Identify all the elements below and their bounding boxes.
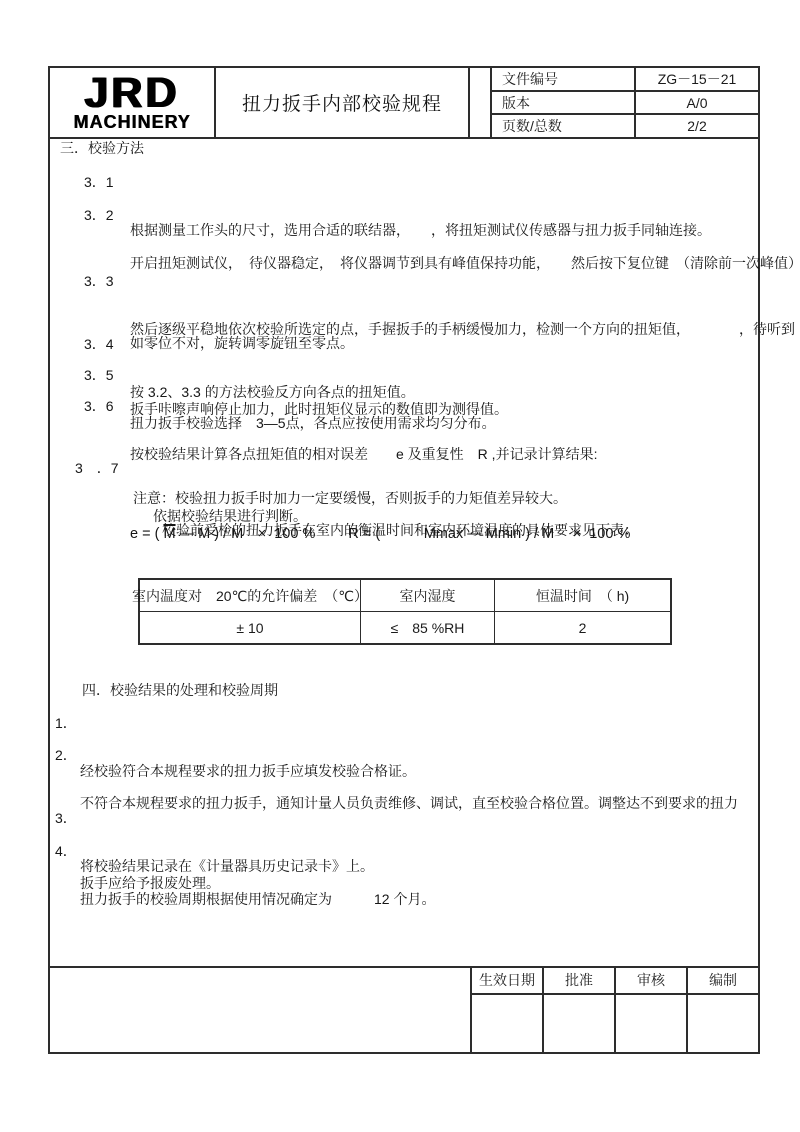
table-row: ± 10 ≤ 85 %RH 2 bbox=[140, 611, 670, 643]
clause-text: 依据校验结果进行判断。 bbox=[153, 456, 307, 576]
info-label: 版本 bbox=[492, 92, 634, 114]
header-soak-time: 恒温时间 （ h) bbox=[494, 580, 670, 611]
document-header: JRD MACHINERY 扭力扳手内部校验规程 文件编号 ZG－15－21 版… bbox=[50, 68, 758, 139]
section3-heading: 三．校验方法 bbox=[60, 136, 144, 160]
header-temperature-deviation: 室内温度对 20℃的允许偏差 （℃） bbox=[140, 580, 360, 611]
document-frame: JRD MACHINERY 扭力扳手内部校验规程 文件编号 ZG－15－21 版… bbox=[48, 66, 760, 1054]
value-temperature-deviation: ± 10 bbox=[140, 612, 360, 643]
value-soak-time: 2 bbox=[494, 612, 670, 643]
info-value: 2/2 bbox=[634, 115, 758, 137]
header-humidity: 室内湿度 bbox=[360, 580, 494, 611]
logo-text-jrd: JRD bbox=[84, 74, 179, 112]
approval-col-prepared: 编制 bbox=[686, 968, 758, 1052]
document-info-table: 文件编号 ZG－15－21 版本 A/0 页数/总数 2/2 bbox=[490, 68, 758, 137]
approval-col-effective-date: 生效日期 bbox=[470, 968, 542, 1052]
value-humidity: ≤ 85 %RH bbox=[360, 612, 494, 643]
document-page: JRD MACHINERY 扭力扳手内部校验规程 文件编号 ZG－15－21 版… bbox=[0, 0, 800, 1132]
result-item-4: 4． 扭力扳手的校验周期根据使用情况确定为 12 个月。 bbox=[55, 839, 435, 959]
header-gap bbox=[470, 68, 490, 137]
info-row-version: 版本 A/0 bbox=[492, 90, 758, 114]
footer-band: 生效日期 批准 审核 编制 bbox=[50, 966, 758, 1052]
page-title: 扭力扳手内部校验规程 bbox=[216, 68, 470, 137]
item-number: 4． bbox=[55, 839, 80, 959]
approval-header: 编制 bbox=[688, 968, 758, 995]
info-value: ZG－15－21 bbox=[634, 68, 758, 90]
table-header-row: 室内温度对 20℃的允许偏差 （℃） 室内湿度 恒温时间 （ h) bbox=[140, 580, 670, 611]
approval-header: 生效日期 bbox=[472, 968, 542, 995]
approval-col-reviewed: 审核 bbox=[614, 968, 686, 1052]
pre-table-note: 校验前受检的扭力扳手在室内的衡温时间和室内环境温度的具体要求见下表： bbox=[162, 518, 638, 542]
info-row-doc-number: 文件编号 ZG－15－21 bbox=[492, 68, 758, 90]
section4-heading: 四．校验结果的处理和校验周期 bbox=[82, 678, 278, 702]
info-row-pages: 页数/总数 2/2 bbox=[492, 113, 758, 137]
logo-text-machinery: MACHINERY bbox=[73, 113, 190, 132]
info-value: A/0 bbox=[634, 92, 758, 114]
item-text: 扭力扳手的校验周期根据使用情况确定为 12 个月。 bbox=[80, 839, 435, 959]
approval-table: 生效日期 批准 审核 编制 bbox=[470, 968, 758, 1052]
info-label: 页数/总数 bbox=[492, 115, 634, 137]
company-logo: JRD MACHINERY bbox=[50, 68, 216, 137]
clause-3-7: 3 ．7 依据校验结果进行判断。 bbox=[75, 456, 307, 576]
approval-header: 审核 bbox=[616, 968, 686, 995]
caution-note: 注意：校验扭力扳手时加力一定要缓慢，否则扳手的力矩值差异较大。 bbox=[133, 486, 567, 510]
environment-requirements-table: 室内温度对 20℃的允许偏差 （℃） 室内湿度 恒温时间 （ h) ± 10 ≤… bbox=[138, 578, 672, 645]
approval-header: 批准 bbox=[544, 968, 614, 995]
info-label: 文件编号 bbox=[492, 68, 634, 90]
approval-col-approved: 批准 bbox=[542, 968, 614, 1052]
clause-number: 3 ．7 bbox=[75, 456, 153, 576]
